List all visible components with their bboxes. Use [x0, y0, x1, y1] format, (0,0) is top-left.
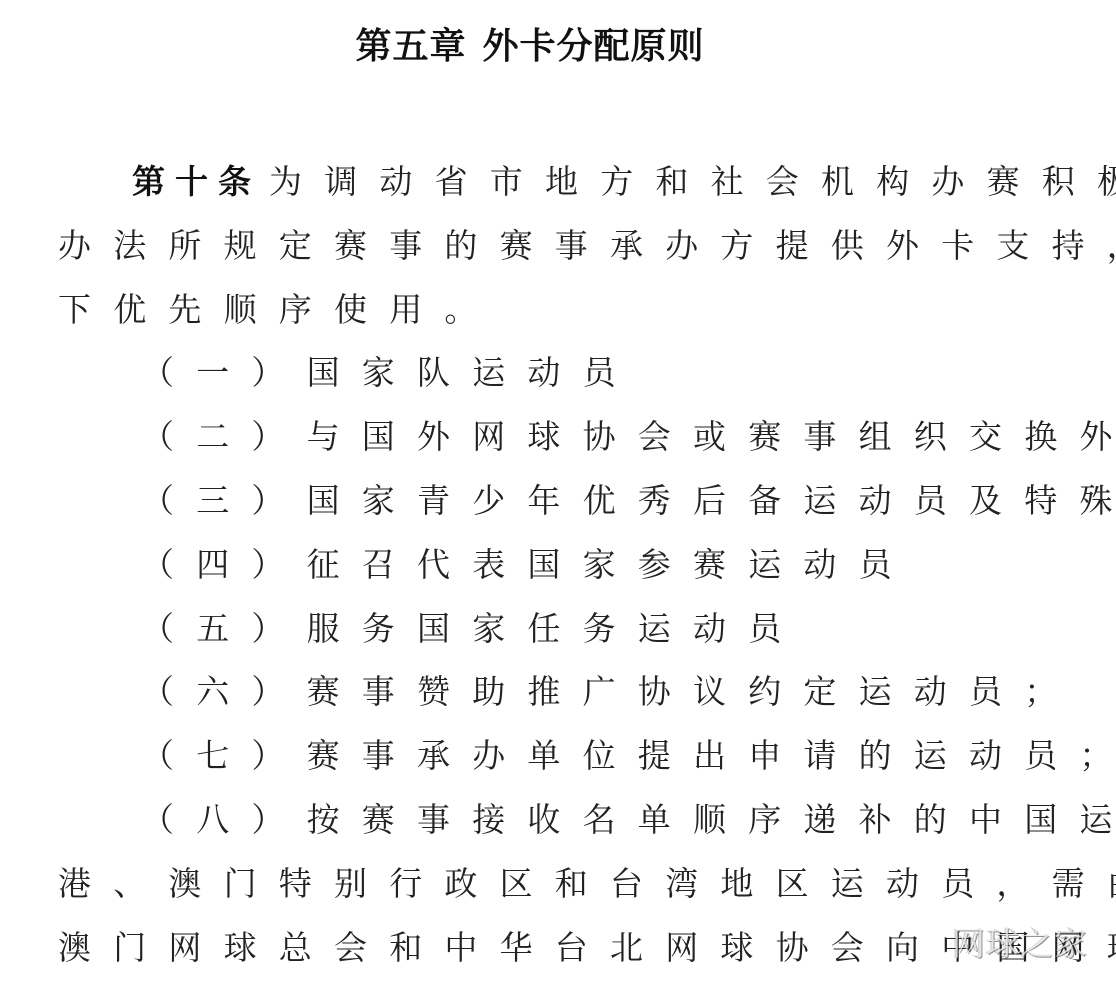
article-intro-line-2: 办法所规定赛事的赛事承办方提供外卡支持，原则上按照以 [58, 214, 1018, 278]
chapter-number: 第五章 [355, 26, 466, 67]
list-item-8: （八）按赛事接收名单顺序递补的中国运动员。其中香 [58, 788, 1018, 852]
list-item-6: （六）赛事赞助推广协议约定运动员； [58, 660, 1018, 724]
chapter-title: 第五章外卡分配原则 [0, 22, 1060, 72]
list-item-1: （一）国家队运动员 [58, 341, 1018, 405]
list-item-4: （四）征召代表国家参赛运动员 [58, 533, 1018, 597]
watermark-text: 网球之家 [952, 924, 1088, 963]
list-item-7: （七）赛事承办单位提出申请的运动员； [58, 724, 1018, 788]
article-body: 第十条为调动省市地方和社会机构办赛积极性，为本 办法所规定赛事的赛事承办方提供外… [58, 150, 1018, 979]
chapter-name: 外卡分配原则 [483, 26, 705, 67]
continuation-line-1: 港、澳门特别行政区和台湾地区运动员，需由香港网球总会、 [58, 852, 1018, 916]
article-intro-line-3: 下优先顺序使用。 [58, 278, 1018, 342]
list-item-5: （五）服务国家任务运动员 [58, 597, 1018, 661]
article-intro-text-1: 为调动省市地方和社会机构办赛积极性，为本 [269, 162, 1116, 201]
watermark: 网球之家 [826, 922, 1088, 966]
article-label: 第十条 [132, 162, 261, 201]
article-intro-line-1: 第十条为调动省市地方和社会机构办赛积极性，为本 [58, 150, 1018, 214]
list-item-2: （二）与国外网球协会或赛事组织交换外卡运动员； [58, 405, 1018, 469]
list-item-3: （三）国家青少年优秀后备运动员及特殊情况运动员； [58, 469, 1018, 533]
